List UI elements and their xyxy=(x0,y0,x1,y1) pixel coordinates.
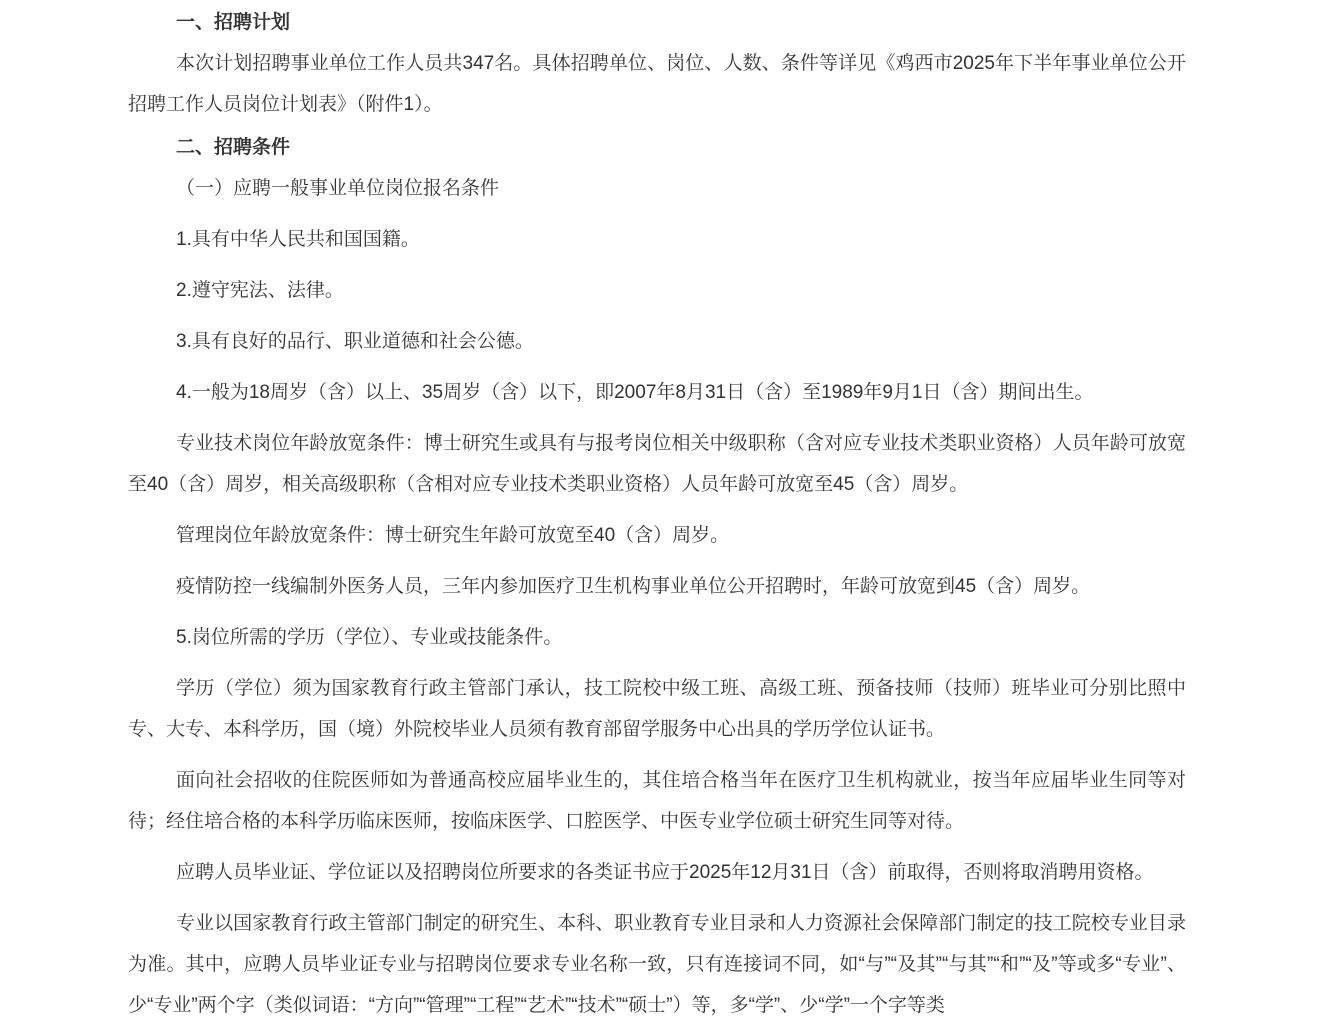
para-resident-physicians: 面向社会招收的住院医师如为普通高校应届毕业生的，其住培合格当年在医疗卫生机构就业… xyxy=(128,760,1186,842)
para-age-relax-professional: 专业技术岗位年龄放宽条件：博士研究生或具有与报考岗位相关中级职称（含对应专业技术… xyxy=(128,423,1186,505)
para-condition-1-nationality: 1.具有中华人民共和国国籍。 xyxy=(128,219,1186,260)
para-education-recognition: 学历（学位）须为国家教育行政主管部门承认，技工院校中级工班、高级工班、预备技师（… xyxy=(128,668,1186,750)
para-condition-4-age: 4.一般为18周岁（含）以上、35周岁（含）以下，即2007年8月31日（含）至… xyxy=(128,372,1186,413)
para-recruitment-plan-summary: 本次计划招聘事业单位工作人员共347名。具体招聘单位、岗位、人数、条件等详见《鸡… xyxy=(128,43,1186,125)
para-condition-3-conduct: 3.具有良好的品行、职业道德和社会公德。 xyxy=(128,321,1186,362)
para-major-catalog-rules: 专业以国家教育行政主管部门制定的研究生、本科、职业教育专业目录和人力资源社会保障… xyxy=(128,903,1186,1026)
para-age-relax-management: 管理岗位年龄放宽条件：博士研究生年龄可放宽至40（含）周岁。 xyxy=(128,515,1186,556)
recruitment-announcement-document: 一、招聘计划 本次计划招聘事业单位工作人员共347名。具体招聘单位、岗位、人数、… xyxy=(128,2,1186,1026)
para-certificate-deadline: 应聘人员毕业证、学位证以及招聘岗位所要求的各类证书应于2025年12月31日（含… xyxy=(128,852,1186,893)
para-age-relax-medical: 疫情防控一线编制外医务人员，三年内参加医疗卫生机构事业单位公开招聘时，年龄可放宽… xyxy=(128,566,1186,607)
para-condition-5-qualifications: 5.岗位所需的学历（学位）、专业或技能条件。 xyxy=(128,617,1186,658)
heading-recruitment-plan: 一、招聘计划 xyxy=(128,2,1186,43)
para-condition-2-law: 2.遵守宪法、法律。 xyxy=(128,270,1186,311)
para-general-positions-subheading: （一）应聘一般事业单位岗位报名条件 xyxy=(128,168,1186,209)
heading-recruitment-conditions: 二、招聘条件 xyxy=(128,127,1186,168)
